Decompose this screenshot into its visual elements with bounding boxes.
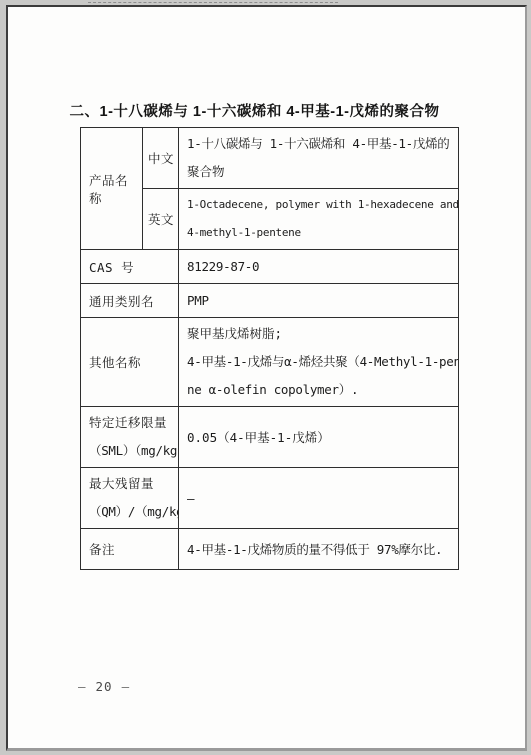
generic-class-name-label: 通用类别名	[81, 284, 179, 318]
remarks-label: 备注	[81, 529, 179, 570]
value-line: 1-十八碳烯与 1-十六碳烯和 4-甲基-1-戊烯的	[187, 130, 456, 158]
table-row: 最大残留量 （QM）/（mg/kg） —	[81, 468, 459, 529]
scanned-page: 二、1-十八碳烯与 1-十六碳烯和 4-甲基-1-戊烯的聚合物 产品名称 中文 …	[6, 5, 527, 751]
specific-migration-limit-value: 0.05（4-甲基-1-戊烯）	[179, 407, 459, 468]
scan-artifact	[88, 2, 338, 3]
page-number: — 20 —	[78, 679, 130, 694]
table-row: 通用类别名 PMP	[81, 284, 459, 318]
label-line: 最大残留量	[89, 470, 176, 498]
table-row: 产品名称 中文 1-十八碳烯与 1-十六碳烯和 4-甲基-1-戊烯的 聚合物	[81, 128, 459, 189]
cas-number-label: CAS 号	[81, 250, 179, 284]
table-row: CAS 号 81229-87-0	[81, 250, 459, 284]
page-title: 二、1-十八碳烯与 1-十六碳烯和 4-甲基-1-戊烯的聚合物	[8, 100, 501, 121]
label-line: 特定迁移限量	[89, 409, 176, 437]
table-row: 其他名称 聚甲基戊烯树脂; 4-甲基-1-戊烯与α-烯烃共聚（4-Methyl-…	[81, 318, 459, 407]
table-row: 备注 4-甲基-1-戊烯物质的量不得低于 97%摩尔比.	[81, 529, 459, 570]
chinese-label: 中文	[143, 128, 179, 189]
generic-class-name-value: PMP	[179, 284, 459, 318]
page-number-value: 20	[96, 679, 113, 694]
label-line: （QM）/（mg/kg）	[89, 498, 176, 526]
cas-number-value: 81229-87-0	[179, 250, 459, 284]
substance-spec-table: 产品名称 中文 1-十八碳烯与 1-十六碳烯和 4-甲基-1-戊烯的 聚合物 英…	[80, 127, 459, 570]
value-line: 1-Octadecene, polymer with 1-hexadecene …	[187, 191, 456, 219]
value-line: 4-甲基-1-戊烯与α-烯烃共聚（4-Methyl-1-pente	[187, 348, 456, 376]
value-line: ne α-olefin copolymer）.	[187, 376, 456, 404]
label-line: （SML）（mg/kg）	[89, 437, 176, 465]
page-number-dash-left: —	[78, 679, 87, 694]
other-names-label: 其他名称	[81, 318, 179, 407]
table-row: 特定迁移限量 （SML）（mg/kg） 0.05（4-甲基-1-戊烯）	[81, 407, 459, 468]
remarks-value: 4-甲基-1-戊烯物质的量不得低于 97%摩尔比.	[179, 529, 459, 570]
product-name-chinese-value: 1-十八碳烯与 1-十六碳烯和 4-甲基-1-戊烯的 聚合物	[179, 128, 459, 189]
english-label: 英文	[143, 189, 179, 250]
max-residue-label: 最大残留量 （QM）/（mg/kg）	[81, 468, 179, 529]
product-name-label: 产品名称	[81, 128, 143, 250]
page-number-dash-right: —	[122, 679, 131, 694]
other-names-value: 聚甲基戊烯树脂; 4-甲基-1-戊烯与α-烯烃共聚（4-Methyl-1-pen…	[179, 318, 459, 407]
specific-migration-limit-label: 特定迁移限量 （SML）（mg/kg）	[81, 407, 179, 468]
value-line: 4-methyl-1-pentene	[187, 219, 456, 247]
value-line: 聚甲基戊烯树脂;	[187, 320, 456, 348]
product-name-english-value: 1-Octadecene, polymer with 1-hexadecene …	[179, 189, 459, 250]
max-residue-value: —	[179, 468, 459, 529]
value-line: 聚合物	[187, 158, 456, 186]
